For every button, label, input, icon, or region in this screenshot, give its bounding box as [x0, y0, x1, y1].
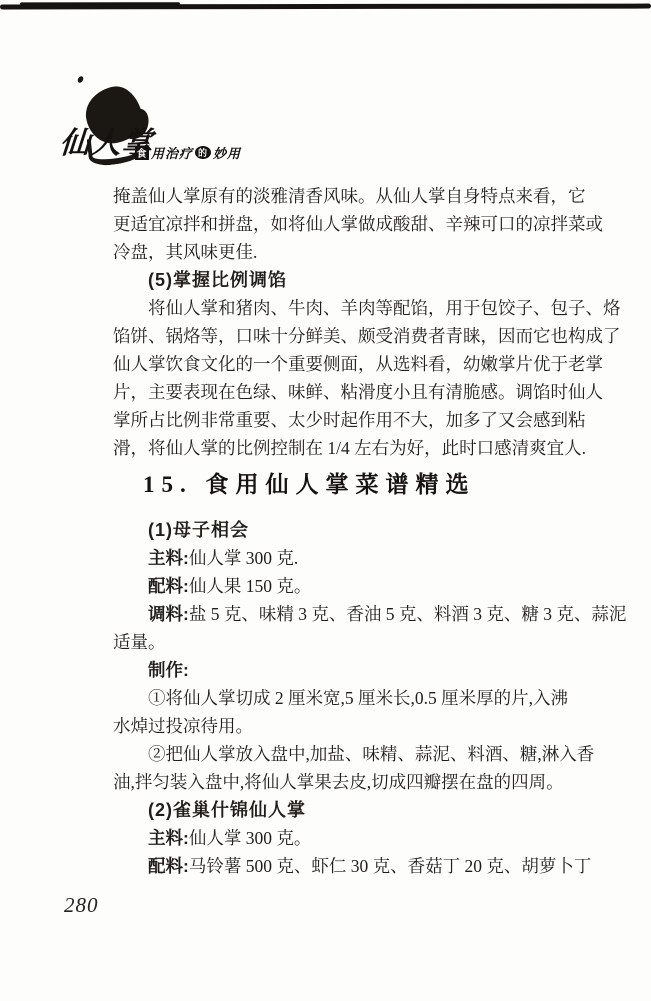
body-line: ①将仙人掌切成 2 厘米宽,5 厘米长,0.5 厘米厚的片,入沸 — [113, 684, 599, 712]
body-line: 主料:仙人掌 300 克。 — [113, 824, 599, 852]
body-text: 掩盖仙人掌原有的淡雅清香风味。从仙人掌自身特点来看，它 更适宜凉拌和拼盘，如将仙… — [113, 182, 599, 880]
body-line: 片，主要表现在色绿、味鲜、粘滑度小且有清脆感。调馅时仙人 — [113, 378, 599, 406]
body-line: ②把仙人掌放入盘中,加盐、味精、蒜泥、料酒、糖,淋入香 — [113, 740, 599, 768]
body-line: 适量。 — [113, 628, 599, 656]
recipe-subhead: (5)掌握比例调馅 — [113, 266, 599, 294]
top-scan-rule — [0, 4, 651, 10]
field-value: 仙人掌 300 克。 — [189, 828, 312, 848]
logo-subtitle: 食 用治疗 的 妙用 — [135, 143, 241, 162]
recipe-subhead: (1)母子相会 — [113, 516, 599, 544]
body-line: 将仙人掌和猪肉、牛肉、羊肉等配馅，用于包饺子、包子、烙 — [113, 294, 599, 322]
field-label: 配料: — [148, 576, 189, 596]
recipe-subhead: (2)雀巢什锦仙人掌 — [113, 796, 599, 824]
body-line: 仙人掌饮食文化的一个重要侧面，从选料看，幼嫩掌片优于老掌 — [113, 350, 599, 378]
body-line: 馅饼、锅烙等，口味十分鲜美、颇受消费者青睐，因而它也构成了 — [113, 322, 599, 350]
field-label: 制作: — [148, 660, 189, 680]
food-badge-icon: 食 — [135, 146, 149, 160]
field-value: 仙人果 150 克。 — [189, 576, 312, 596]
body-line: 掌所占比例非常重要、太少时起作用不大，加多了又会感到粘 — [113, 406, 599, 434]
body-line: 更适宜凉拌和拼盘，如将仙人掌做成酸甜、辛辣可口的凉拌菜或 — [113, 210, 599, 238]
field-label: 配料: — [148, 856, 189, 876]
cactus-silhouette-speck — [77, 75, 85, 84]
field-value: 马铃薯 500 克、虾仁 30 克、香菇丁 20 克、胡萝卜丁 — [189, 856, 592, 876]
book-logo: 仙人掌 食 用治疗 的 妙用 — [58, 84, 258, 174]
scanned-book-page: 仙人掌 食 用治疗 的 妙用 掩盖仙人掌原有的淡雅清香风味。从仙人掌自身特点来看… — [0, 0, 651, 1001]
body-line: 冷盘，其风味更佳. — [113, 238, 599, 266]
logo-subtitle-text-1: 用治疗 — [151, 143, 193, 162]
field-label: 主料: — [148, 828, 189, 848]
body-line: 调料:盐 5 克、味精 3 克、香油 5 克、料酒 3 克、糖 3 克、蒜泥 — [113, 600, 599, 628]
de-badge-icon: 的 — [195, 146, 211, 159]
body-line: 掩盖仙人掌原有的淡雅清香风味。从仙人掌自身特点来看，它 — [113, 182, 599, 210]
page-number: 280 — [64, 893, 99, 918]
field-value: 盐 5 克、味精 3 克、香油 5 克、料酒 3 克、糖 3 克、蒜泥 — [189, 604, 627, 624]
field-value: 仙人掌 300 克. — [189, 548, 298, 568]
body-line: 主料:仙人掌 300 克. — [113, 544, 599, 572]
section-heading: 15. 食用仙人掌菜谱精选 — [143, 470, 599, 500]
logo-subtitle-text-2: 妙用 — [213, 143, 241, 162]
field-label: 调料: — [148, 604, 189, 624]
body-line: 制作: — [113, 656, 599, 684]
body-line: 滑，将仙人掌的比例控制在 1/4 左右为好，此时口感清爽宜人. — [113, 434, 599, 462]
body-line: 水焯过投凉待用。 — [113, 712, 599, 740]
body-line: 油,拌匀装入盘中,将仙人掌果去皮,切成四瓣摆在盘的四周。 — [113, 768, 599, 796]
body-line: 配料:仙人果 150 克。 — [113, 572, 599, 600]
field-label: 主料: — [148, 548, 189, 568]
body-line: 配料:马铃薯 500 克、虾仁 30 克、香菇丁 20 克、胡萝卜丁 — [113, 852, 599, 880]
